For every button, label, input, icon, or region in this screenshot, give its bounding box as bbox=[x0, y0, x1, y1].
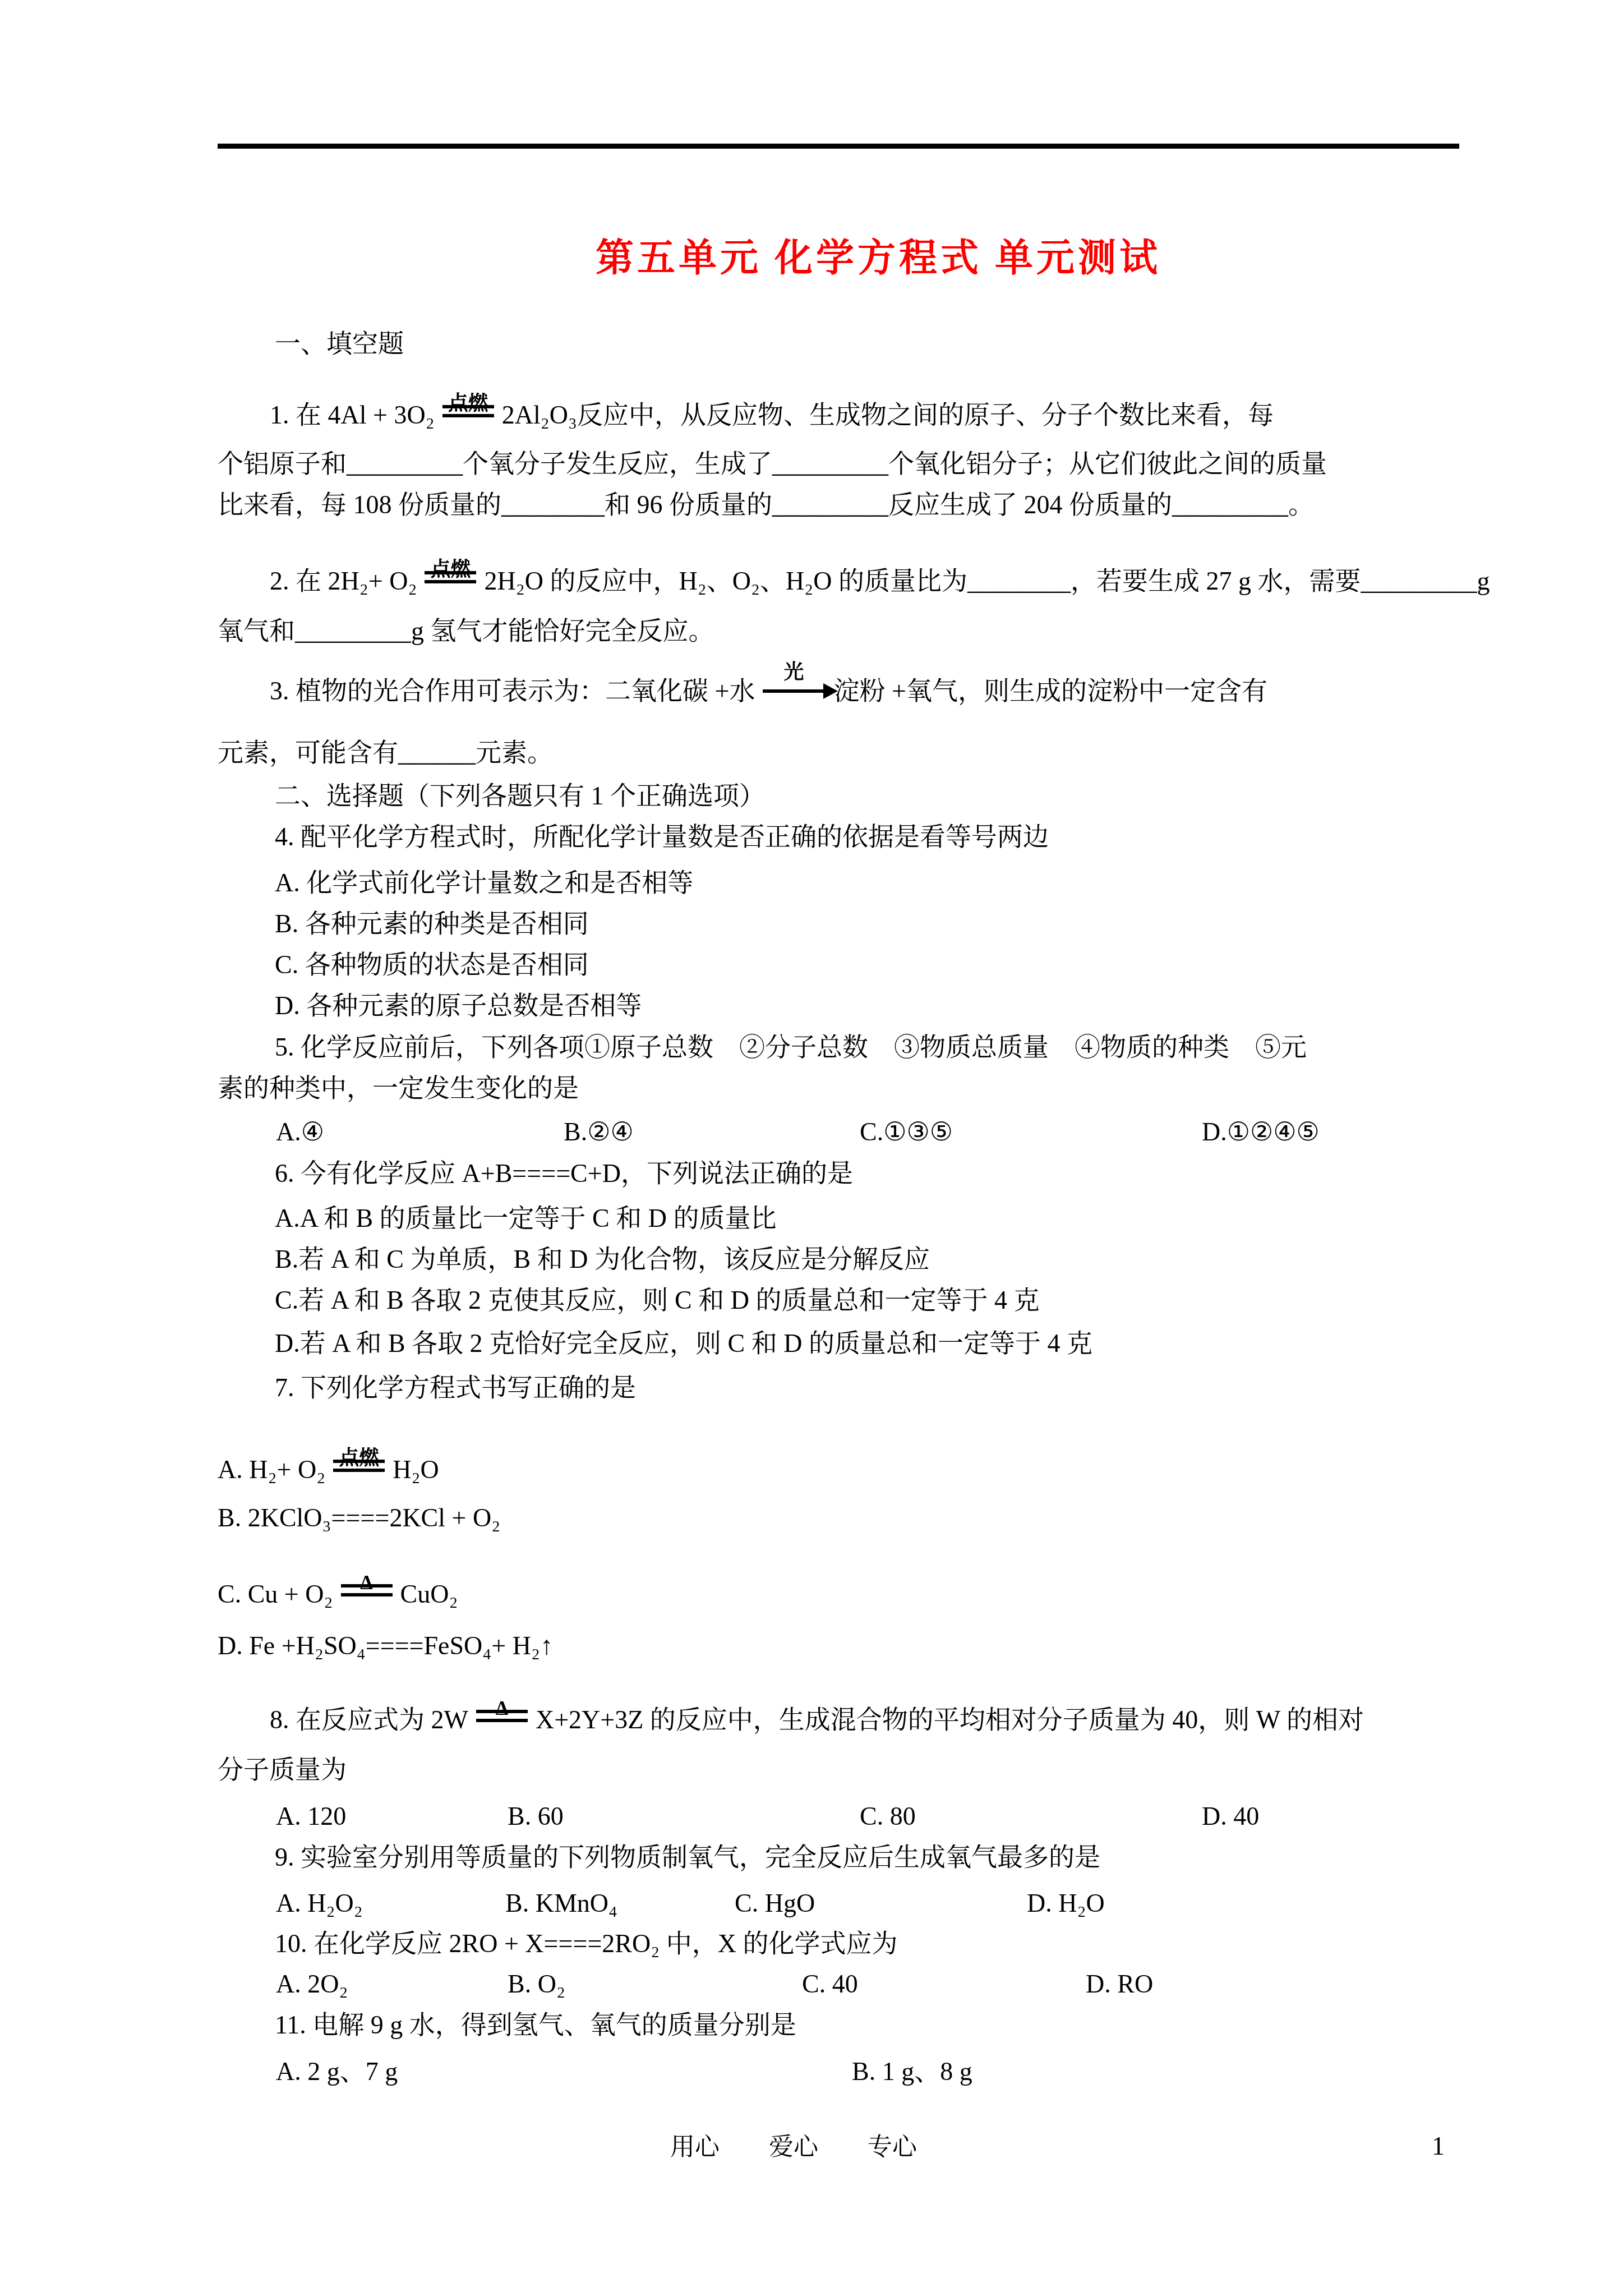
question-6-option-d: D.若 A 和 B 各取 2 克恰好完全反应，则 C 和 D 的质量总和一定等于… bbox=[275, 1328, 1092, 1359]
question-4-option-b: B. 各种元素的种类是否相同 bbox=[275, 908, 589, 940]
document-page: { "page": { "title": "第五单元 化学方程式 单元测试", … bbox=[0, 0, 1623, 2296]
equals-with-condition: 点燃 bbox=[425, 565, 476, 597]
section-1-heading: 一、填空题 bbox=[275, 328, 404, 360]
question-7-option-b: B. 2KClO₃====2KCl + O₂ bbox=[218, 1502, 500, 1534]
equals-with-condition: 点燃 bbox=[333, 1454, 385, 1485]
question-9-option-a: A. H₂O₂ bbox=[276, 1888, 363, 1919]
condition-label-guang: 光 bbox=[783, 661, 804, 683]
question-9-stem: 9. 实验室分别用等质量的下列物质制氧气，完全反应后生成氧气最多的是 bbox=[275, 1842, 1100, 1873]
q1-equation-rhs: 2Al₂O₃反应中，从反应物、生成物之间的原子、分子个数比来看，每 bbox=[502, 401, 1274, 429]
reaction-arrow-icon: 光 bbox=[763, 689, 824, 693]
question-10-option-d: D. RO bbox=[1086, 1968, 1153, 2000]
q8-equation-rhs: X+2Y+3Z 的反应中，生成混合物的平均相对分子质量为 40，则 W 的相对 bbox=[536, 1705, 1364, 1734]
q7a-equation-lhs: A. H₂+ O₂ bbox=[218, 1455, 325, 1484]
question-10-option-b: B. O₂ bbox=[508, 1968, 565, 2000]
question-1-line-2: 个铝原子和_________个氧分子发生反应，生成了_________个氧化铝分… bbox=[218, 448, 1327, 480]
question-7-option-a: A. H₂+ O₂点燃H₂O bbox=[218, 1454, 439, 1485]
question-7-stem: 7. 下列化学方程式书写正确的是 bbox=[275, 1372, 636, 1404]
question-8-line-2: 分子质量为 bbox=[218, 1754, 347, 1786]
footer-motto: 用心 爱心 专心 bbox=[670, 2132, 917, 2163]
question-11-stem: 11. 电解 9 g 水，得到氢气、氧气的质量分别是 bbox=[275, 2009, 796, 2041]
question-8-option-b: B. 60 bbox=[508, 1801, 564, 1832]
q7c-equation-rhs: CuO₂ bbox=[400, 1580, 458, 1608]
question-10-option-a: A. 2O₂ bbox=[276, 1968, 348, 2000]
question-4-option-c: C. 各种物质的状态是否相同 bbox=[275, 949, 589, 981]
q2-equation-lhs: 2. 在 2H₂+ O₂ bbox=[270, 567, 417, 595]
equals-with-condition: 点燃 bbox=[442, 399, 494, 431]
question-1-line-1: 1. 在 4Al + 3O₂点燃2Al₂O₃反应中，从反应物、生成物之间的原子、… bbox=[270, 399, 1274, 431]
q3-reaction-lhs: 3. 植物的光合作用可表示为：二氧化碳 +水 bbox=[270, 677, 755, 705]
question-5-option-a: A.④ bbox=[276, 1116, 324, 1148]
q1-equation-lhs: 1. 在 4Al + 3O₂ bbox=[270, 401, 435, 429]
question-1-line-3: 比来看，每 108 份质量的________和 96 份质量的_________… bbox=[218, 489, 1314, 521]
q7a-equation-rhs: H₂O bbox=[393, 1455, 439, 1484]
question-6-option-a: A.A 和 B 的质量比一定等于 C 和 D 的质量比 bbox=[275, 1203, 776, 1234]
condition-label-delta: Δ bbox=[496, 1697, 509, 1719]
question-3-line-2: 元素，可能含有______元素。 bbox=[218, 737, 553, 769]
page-number: 1 bbox=[1432, 2131, 1445, 2162]
question-7-option-c: C. Cu + O₂ΔCuO₂ bbox=[218, 1579, 458, 1610]
question-3-line-1: 3. 植物的光合作用可表示为：二氧化碳 +水光淀粉 +氧气，则生成的淀粉中一定含… bbox=[270, 675, 1267, 707]
q7c-equation-lhs: C. Cu + O₂ bbox=[218, 1580, 333, 1608]
q3-reaction-rhs: 淀粉 +氧气，则生成的淀粉中一定含有 bbox=[833, 677, 1267, 705]
question-10-option-c: C. 40 bbox=[802, 1968, 858, 2000]
question-5-option-c: C.①③⑤ bbox=[860, 1116, 953, 1148]
question-2-line-2: 氧气和_________g 氢气才能恰好完全反应。 bbox=[218, 615, 714, 647]
question-6-stem: 6. 今有化学反应 A+B====C+D，下列说法正确的是 bbox=[275, 1158, 853, 1189]
q2-equation-rhs: 2H₂O 的反应中，H₂、O₂、H₂O 的质量比为________，若要生成 2… bbox=[484, 567, 1490, 595]
question-9-option-b: B. KMnO₄ bbox=[505, 1888, 617, 1919]
question-4-option-d: D. 各种元素的原子总数是否相等 bbox=[275, 990, 642, 1022]
question-8-option-a: A. 120 bbox=[276, 1801, 346, 1832]
condition-label-delta: Δ bbox=[360, 1572, 373, 1593]
condition-label-dianran: 点燃 bbox=[430, 559, 471, 580]
question-10-stem: 10. 在化学反应 2RO + X====2RO₂ 中，X 的化学式应为 bbox=[275, 1928, 898, 1959]
top-rule bbox=[218, 144, 1459, 149]
equals-with-condition: Δ bbox=[476, 1704, 528, 1736]
section-2-heading: 二、选择题（下列各题只有 1 个正确选项） bbox=[275, 780, 765, 812]
question-11-option-b: B. 1 g、8 g bbox=[852, 2056, 972, 2087]
question-9-option-d: D. H₂O bbox=[1027, 1888, 1105, 1919]
question-8-line-1: 8. 在反应式为 2WΔX+2Y+3Z 的反应中，生成混合物的平均相对分子质量为… bbox=[270, 1704, 1364, 1736]
condition-label-dianran: 点燃 bbox=[448, 393, 488, 414]
question-5-option-d: D.①②④⑤ bbox=[1202, 1116, 1320, 1148]
question-6-option-b: B.若 A 和 C 为单质，B 和 D 为化合物，该反应是分解反应 bbox=[275, 1244, 930, 1275]
question-8-option-d: D. 40 bbox=[1202, 1801, 1259, 1832]
question-9-option-c: C. HgO bbox=[735, 1888, 815, 1919]
question-5-line-1: 5. 化学反应前后，下列各项①原子总数 ②分子总数 ③物质总质量 ④物质的种类 … bbox=[275, 1032, 1307, 1063]
question-6-option-c: C.若 A 和 B 各取 2 克使其反应，则 C 和 D 的质量总和一定等于 4… bbox=[275, 1285, 1039, 1316]
question-7-option-d: D. Fe +H₂SO₄====FeSO₄+ H₂↑ bbox=[218, 1630, 553, 1662]
question-5-line-2: 素的种类中，一定发生变化的是 bbox=[218, 1073, 579, 1104]
question-4-stem: 4. 配平化学方程式时，所配化学计量数是否正确的依据是看等号两边 bbox=[275, 821, 1049, 853]
equals-with-condition: Δ bbox=[341, 1579, 393, 1610]
q8-equation-lhs: 8. 在反应式为 2W bbox=[270, 1705, 468, 1734]
page-title: 第五单元 化学方程式 单元测试 bbox=[596, 237, 1161, 279]
question-2-line-1: 2. 在 2H₂+ O₂点燃2H₂O 的反应中，H₂、O₂、H₂O 的质量比为_… bbox=[270, 565, 1490, 597]
condition-label-dianran: 点燃 bbox=[339, 1447, 379, 1469]
question-8-option-c: C. 80 bbox=[860, 1801, 916, 1832]
question-11-option-a: A. 2 g、7 g bbox=[276, 2056, 398, 2087]
question-5-option-b: B.②④ bbox=[564, 1116, 634, 1148]
question-4-option-a: A. 化学式前化学计量数之和是否相等 bbox=[275, 867, 693, 899]
